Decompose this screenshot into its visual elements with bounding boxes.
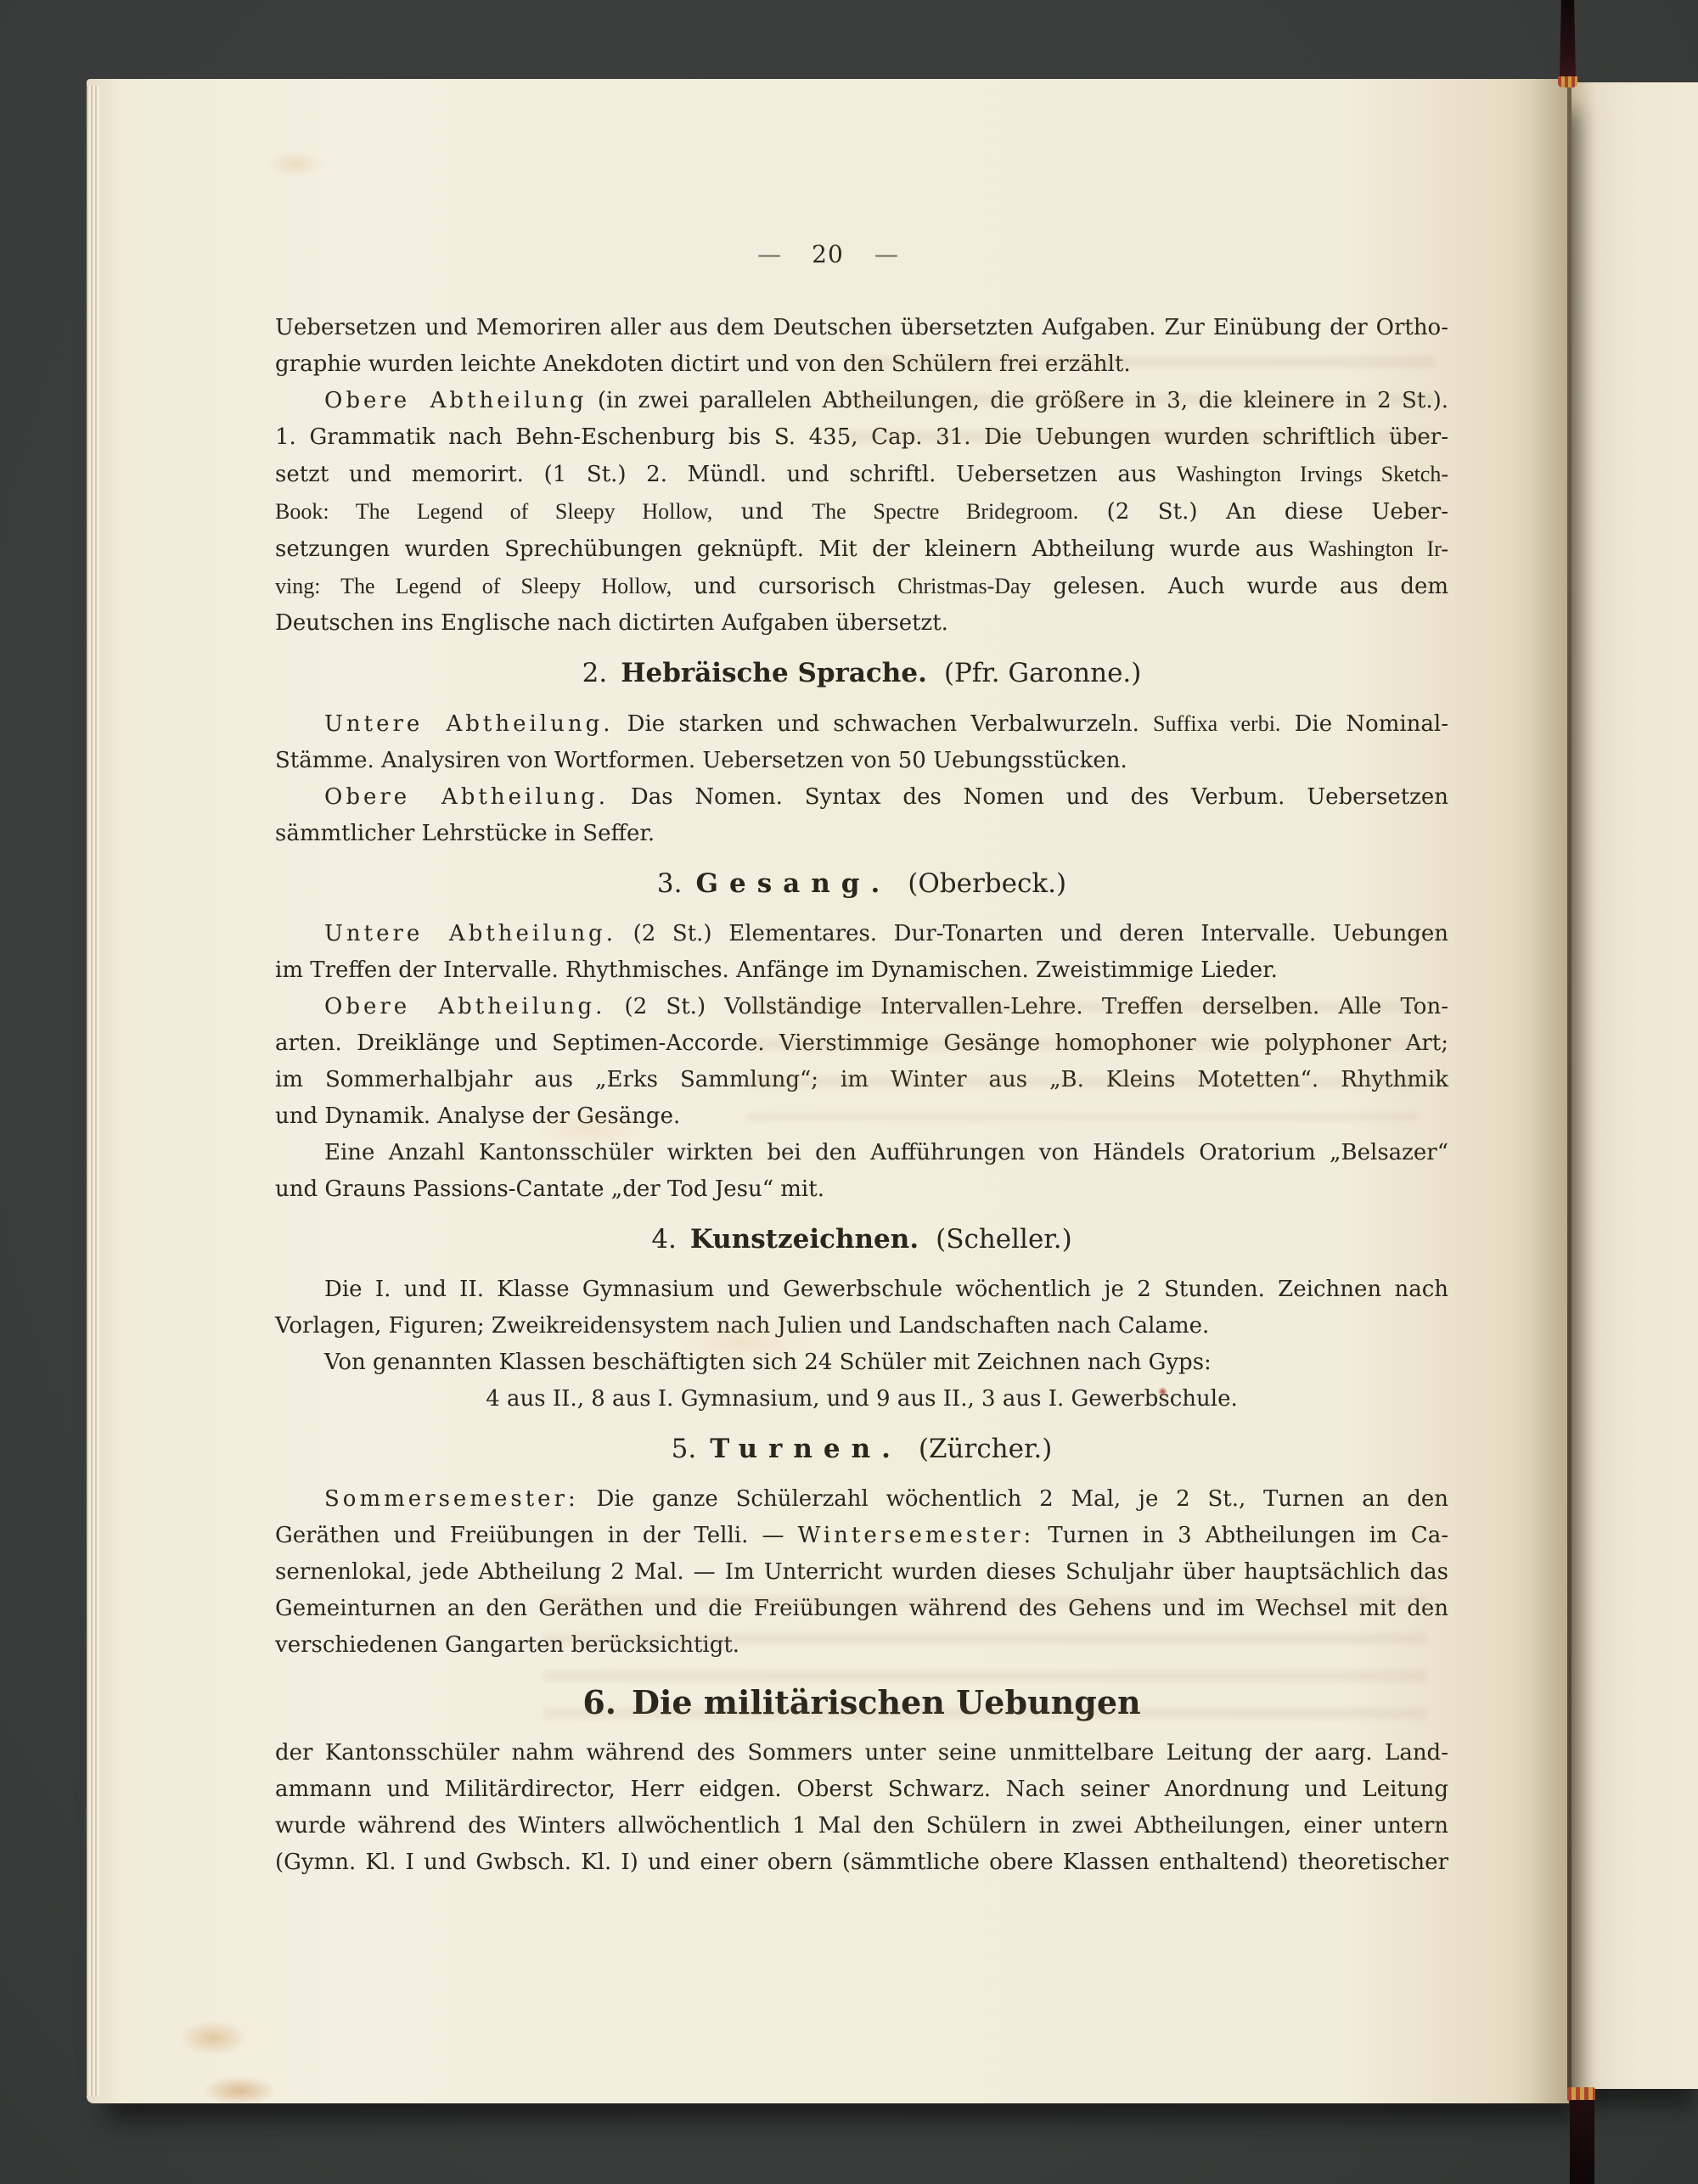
text-line: im Sommerhalbjahr aus „Erks Sammlung“; i… xyxy=(275,1062,1448,1098)
text-line: 1. Grammatik nach Behn-Eschenburg bis S.… xyxy=(275,419,1448,456)
heading-number: 6. xyxy=(582,1683,616,1721)
text-run: Untere Abtheilung. xyxy=(324,921,616,946)
text-run: Book: The Legend of Sleepy Hollow, xyxy=(275,499,712,524)
text-run: Washington Irvings Sketch- xyxy=(1177,462,1448,486)
text-run: und Grauns Passions-Cantate „der Tod Jes… xyxy=(275,1176,824,1202)
text-run: im Sommerhalbjahr aus „Erks Sammlung“; i… xyxy=(275,1067,1448,1092)
text-line: wurde während des Winters allwöchentlich… xyxy=(275,1808,1448,1844)
text-line: Von genannten Klassen beschäftigten sich… xyxy=(275,1345,1448,1381)
paragraph: Obere Abtheilung. Das Nomen. Syntax des … xyxy=(275,779,1448,852)
text-run: Turnen in 3 Abtheilungen im Ca- xyxy=(1034,1523,1448,1548)
text-line: Obere Abtheilung (in zwei parallelen Abt… xyxy=(275,383,1448,419)
text-line: Obere Abtheilung. Das Nomen. Syntax des … xyxy=(275,779,1448,816)
heading-title: Turnen. xyxy=(710,1434,902,1464)
text-run: (Gymn. Kl. I und Gwbsch. Kl. I) und eine… xyxy=(275,1850,1448,1875)
text-run: Geräthen und Freiübungen in der Telli. — xyxy=(275,1523,798,1548)
paragraph: Obere Abtheilung (in zwei parallelen Abt… xyxy=(275,383,1448,642)
text-line: Geräthen und Freiübungen in der Telli. —… xyxy=(275,1518,1448,1554)
text-run: im Treffen der Intervalle. Rhythmisches.… xyxy=(275,957,1278,983)
book-gutter xyxy=(1567,81,1571,2091)
text-line: Eine Anzahl Kantonsschüler wirkten bei d… xyxy=(275,1135,1448,1171)
text-run: Washington Ir- xyxy=(1308,536,1448,561)
heading-number: 4. xyxy=(651,1224,677,1255)
heading-teacher: (Zürcher.) xyxy=(919,1434,1052,1464)
heading-number: 5. xyxy=(672,1434,697,1464)
section-heading: 2.Hebräische Sprache.(Pfr. Garonne.) xyxy=(275,654,1448,693)
text-run: Obere Abtheilung. xyxy=(324,994,605,1019)
page: —20— Uebersetzen und Memoriren aller aus… xyxy=(87,79,1569,2103)
text-line: Sommersemester: Die ganze Schülerzahl wö… xyxy=(275,1481,1448,1518)
text-run: der Kantonsschüler nahm während des Somm… xyxy=(275,1740,1448,1766)
heading-teacher: (Oberbeck.) xyxy=(908,868,1066,899)
text-run: gelesen. Auch wurde aus dem xyxy=(1032,574,1448,599)
text-run: Die Nominal- xyxy=(1280,711,1448,737)
text-line-centered: 4 aus II., 8 aus I. Gymnasium, und 9 aus… xyxy=(275,1381,1448,1418)
paragraph: Von genannten Klassen beschäftigten sich… xyxy=(275,1345,1448,1381)
heading-title: Hebräische Sprache. xyxy=(621,658,927,688)
book-scan: —20— Uebersetzen und Memoriren aller aus… xyxy=(0,0,1698,2184)
paragraph: der Kantonsschüler nahm während des Somm… xyxy=(275,1735,1448,1881)
paragraph: Untere Abtheilung. Die starken und schwa… xyxy=(275,705,1448,779)
text-line: Obere Abtheilung. (2 St.) Vollständige I… xyxy=(275,989,1448,1025)
text-line: Stämme. Analysiren von Wortformen. Ueber… xyxy=(275,743,1448,779)
page-number-dash-left: — xyxy=(757,240,781,268)
text-run: (2 St.) An diese Ueber- xyxy=(1078,499,1448,525)
bookmark-ribbon-bottom xyxy=(1570,2100,1594,2184)
text-line: Untere Abtheilung. (2 St.) Elementares. … xyxy=(275,916,1448,952)
heading-number: 2. xyxy=(582,658,608,688)
text-run: Die ganze Schülerzahl wöchentlich 2 Mal,… xyxy=(579,1486,1448,1512)
text-run: sämmtlicher Lehrstücke in Seffer. xyxy=(275,821,655,846)
text-run: arten. Dreiklänge und Septimen-Accorde. … xyxy=(275,1030,1448,1056)
bookmark-ribbon-top xyxy=(1560,0,1576,78)
text-run: Deutschen ins Englische nach dictirten A… xyxy=(275,610,948,636)
text-run: und xyxy=(712,499,812,525)
text-run: Die I. und II. Klasse Gymnasium und Gewe… xyxy=(324,1277,1448,1302)
paragraph: Untere Abtheilung. (2 St.) Elementares. … xyxy=(275,916,1448,989)
text-run: Sommersemester: xyxy=(324,1486,579,1512)
text-run: Die starken und schwachen Verbalwurzeln. xyxy=(614,711,1154,737)
paragraph: Sommersemester: Die ganze Schülerzahl wö… xyxy=(275,1481,1448,1664)
text-line: Gemeinturnen an den Geräthen und die Fre… xyxy=(275,1591,1448,1627)
text-run: Obere Abtheilung. xyxy=(324,784,609,810)
text-run: und cursorisch xyxy=(672,574,897,599)
paragraph: Eine Anzahl Kantonsschüler wirkten bei d… xyxy=(275,1135,1448,1208)
text-line: ving: The Legend of Sleepy Hollow, und c… xyxy=(275,568,1448,605)
text-run: Untere Abtheilung. xyxy=(324,711,614,737)
text-line: und Dynamik. Analyse der Gesänge. xyxy=(275,1098,1448,1135)
heading-title: Die militärischen Uebungen xyxy=(632,1683,1141,1721)
text-run: Christmas-Day xyxy=(897,574,1031,598)
text-line: Vorlagen, Figuren; Zweikreidensystem nac… xyxy=(275,1308,1448,1345)
text-line: Book: The Legend of Sleepy Hollow, und T… xyxy=(275,493,1448,531)
text-run: Von genannten Klassen beschäftigten sich… xyxy=(324,1350,1212,1375)
text-run: und Dynamik. Analyse der Gesänge. xyxy=(275,1103,680,1129)
section-heading: 6.Die militärischen Uebungen xyxy=(275,1682,1448,1722)
text-run: (2 St.) Vollständige Intervallen-Lehre. … xyxy=(605,994,1448,1019)
facing-page-edge xyxy=(1571,82,1698,2089)
paragraph: Uebersetzen und Memoriren aller aus dem … xyxy=(275,310,1448,383)
page-stack-edges xyxy=(87,86,99,2096)
heading-teacher: (Pfr. Garonne.) xyxy=(944,658,1142,688)
text-run: Obere Abtheilung xyxy=(324,388,587,413)
heading-teacher: (Scheller.) xyxy=(936,1224,1072,1255)
text-line: graphie wurden leichte Anekdoten dictirt… xyxy=(275,346,1448,383)
text-run: Das Nomen. Syntax des Nomen und des Verb… xyxy=(609,784,1448,810)
paragraph: Die I. und II. Klasse Gymnasium und Gewe… xyxy=(275,1272,1448,1345)
text-line: sernenlokal, jede Abtheilung 2 Mal. — Im… xyxy=(275,1554,1448,1591)
text-run: ammann und Militärdirector, Herr eidgen.… xyxy=(275,1777,1448,1802)
text-run: Wintersemester: xyxy=(798,1523,1035,1548)
text-column: Uebersetzen und Memoriren aller aus dem … xyxy=(275,310,1448,1881)
text-run: (in zwei parallelen Abtheilungen, die gr… xyxy=(587,388,1448,413)
heading-number: 3. xyxy=(657,868,683,899)
section-heading: 3.Gesang.(Oberbeck.) xyxy=(275,865,1448,903)
heading-title: Gesang. xyxy=(696,868,891,899)
text-run: sernenlokal, jede Abtheilung 2 Mal. — Im… xyxy=(275,1559,1448,1585)
heading-title: Kunstzeichnen. xyxy=(690,1224,919,1255)
text-run: 1. Grammatik nach Behn-Eschenburg bis S.… xyxy=(275,424,1448,450)
text-line: im Treffen der Intervalle. Rhythmisches.… xyxy=(275,952,1448,989)
section-heading: 5.Turnen.(Zürcher.) xyxy=(275,1430,1448,1468)
text-run: Stämme. Analysiren von Wortformen. Ueber… xyxy=(275,748,1127,773)
text-run: Suffixa verbi. xyxy=(1153,711,1280,736)
text-run: Gemeinturnen an den Geräthen und die Fre… xyxy=(275,1596,1448,1621)
paragraph: Obere Abtheilung. (2 St.) Vollständige I… xyxy=(275,989,1448,1135)
text-line: verschiedenen Gangarten berücksichtigt. xyxy=(275,1627,1448,1664)
text-run: Uebersetzen und Memoriren aller aus dem … xyxy=(275,315,1448,340)
text-line: arten. Dreiklänge und Septimen-Accorde. … xyxy=(275,1025,1448,1062)
section-heading: 4.Kunstzeichnen.(Scheller.) xyxy=(275,1221,1448,1259)
text-line: der Kantonsschüler nahm während des Somm… xyxy=(275,1735,1448,1771)
text-line: sämmtlicher Lehrstücke in Seffer. xyxy=(275,816,1448,852)
page-number-value: 20 xyxy=(812,240,844,268)
text-run: The Spectre Bridegroom. xyxy=(812,499,1078,524)
page-number-dash-right: — xyxy=(874,240,898,268)
text-line: Die I. und II. Klasse Gymnasium und Gewe… xyxy=(275,1272,1448,1308)
text-run: setzt und memorirt. (1 St.) 2. Mündl. un… xyxy=(275,462,1177,487)
text-run: verschiedenen Gangarten berücksichtigt. xyxy=(275,1632,739,1658)
text-line: Untere Abtheilung. Die starken und schwa… xyxy=(275,705,1448,743)
text-run: Eine Anzahl Kantonsschüler wirkten bei d… xyxy=(324,1140,1448,1165)
text-line: Uebersetzen und Memoriren aller aus dem … xyxy=(275,310,1448,346)
text-line: und Grauns Passions-Cantate „der Tod Jes… xyxy=(275,1171,1448,1208)
text-line: (Gymn. Kl. I und Gwbsch. Kl. I) und eine… xyxy=(275,1844,1448,1881)
text-run: Vorlagen, Figuren; Zweikreidensystem nac… xyxy=(275,1313,1209,1339)
text-run: graphie wurden leichte Anekdoten dictirt… xyxy=(275,351,1131,377)
gutter-shading xyxy=(1510,79,1569,2103)
text-line: Deutschen ins Englische nach dictirten A… xyxy=(275,605,1448,642)
text-line: setzt und memorirt. (1 St.) 2. Mündl. un… xyxy=(275,456,1448,493)
text-run: (2 St.) Elementares. Dur-Tonarten und de… xyxy=(616,921,1448,946)
text-line: ammann und Militärdirector, Herr eidgen.… xyxy=(275,1771,1448,1808)
page-number: —20— xyxy=(87,240,1569,268)
text-run: ving: The Legend of Sleepy Hollow, xyxy=(275,574,672,598)
text-line: setzungen wurden Sprechübungen geknüpft.… xyxy=(275,531,1448,568)
ribbon-tip-endband xyxy=(1558,76,1577,87)
text-run: wurde während des Winters allwöchentlich… xyxy=(275,1813,1448,1839)
text-run: setzungen wurden Sprechübungen geknüpft.… xyxy=(275,536,1308,562)
